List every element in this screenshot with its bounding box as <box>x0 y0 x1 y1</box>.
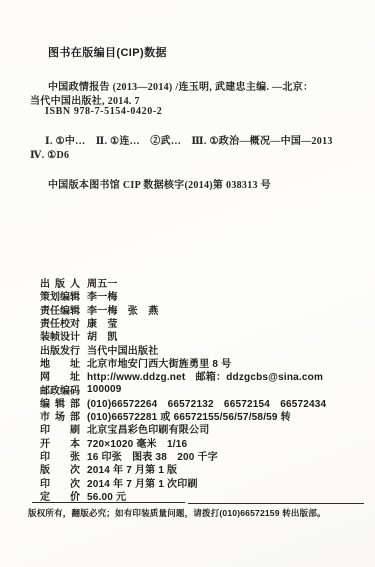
isbn-line: ISBN 978-7-5154-0420-2 <box>45 106 162 117</box>
divider-line <box>32 502 185 503</box>
copyright-notice: 版权所有，翻版必究；如有印装质量问题，请拨打(010)66572159 转出版部… <box>28 507 326 519</box>
cip-header: 图书在版编目(CIP)数据 <box>48 44 167 60</box>
cip-title-line: 中国政情报告 (2013—2014) /连玉明, 武建忠主编. —北京： <box>48 78 313 93</box>
cip-classification-line-1: Ⅰ. ①中… Ⅱ. ①连… ②武… Ⅲ. ①政治—概况—中国—2013 <box>45 132 333 147</box>
colophon-row-edition: 版次 2014 年 7 月第 1 版 <box>40 462 360 475</box>
colophon-row-marketing-dept: 市场部 (010)66572281 或 66572155/56/57/58/59… <box>40 409 360 422</box>
colophon-row-planning-editor: 策划编辑 李一梅 <box>40 289 360 302</box>
colophon-row-proofreader: 责任校对 康 莹 <box>40 316 360 329</box>
colophon-row-responsible-editor: 责任编辑 李一梅 张 燕 <box>40 303 360 316</box>
cip-record-number: 中国版本图书馆 CIP 数据核字(2014)第 038313 号 <box>48 176 271 191</box>
colophon-row-postcode: 邮政编码 100009 <box>40 382 360 395</box>
colophon-row-format: 开本 720×1020 毫米 1/16 <box>40 436 360 449</box>
colophon-value: http://www.ddzg.net 邮箱：ddzgcbs@sina.com <box>87 368 323 383</box>
colophon-row-address: 地址 北京市地安门西大街旌勇里 8 号 <box>40 356 360 369</box>
colophon-row-publisher: 出版发行 当代中国出版社 <box>40 342 360 355</box>
divider-line <box>188 503 364 504</box>
colophon-row-price: 定价 56.00 元 <box>40 489 360 502</box>
colophon-row-impression: 印次 2014 年 7 月第 1 次印刷 <box>40 475 360 488</box>
colophon-row-sheets: 印张 16 印张 图表 38 200 千字 <box>40 449 360 462</box>
colophon-row-designer: 装帧设计 胡 凯 <box>40 329 360 342</box>
colophon-value: 56.00 元 <box>87 488 126 503</box>
colophon-row-editorial-dept: 编辑部 (010)66572264 66572132 66572154 6657… <box>40 396 360 409</box>
colophon-label: 定价 <box>40 488 80 503</box>
colophon-value: 100009 <box>87 384 122 395</box>
colophon-row-publisher-person: 出版人 周五一 <box>40 276 360 289</box>
colophon-row-printer: 印刷 北京宝昌彩色印刷有限公司 <box>40 422 360 435</box>
book-copyright-page: 图书在版编目(CIP)数据 中国政情报告 (2013—2014) /连玉明, 武… <box>0 0 375 567</box>
cip-publisher-line: 当代中国出版社, 2014. 7 <box>30 92 140 107</box>
cip-classification-line-2: Ⅳ. ①D6 <box>30 150 69 161</box>
colophon-row-website: 网址 http://www.ddzg.net 邮箱：ddzgcbs@sina.c… <box>40 369 360 382</box>
colophon-table: 出版人 周五一 策划编辑 李一梅 责任编辑 李一梅 张 燕 责任校对 康 莹 装… <box>40 276 360 502</box>
